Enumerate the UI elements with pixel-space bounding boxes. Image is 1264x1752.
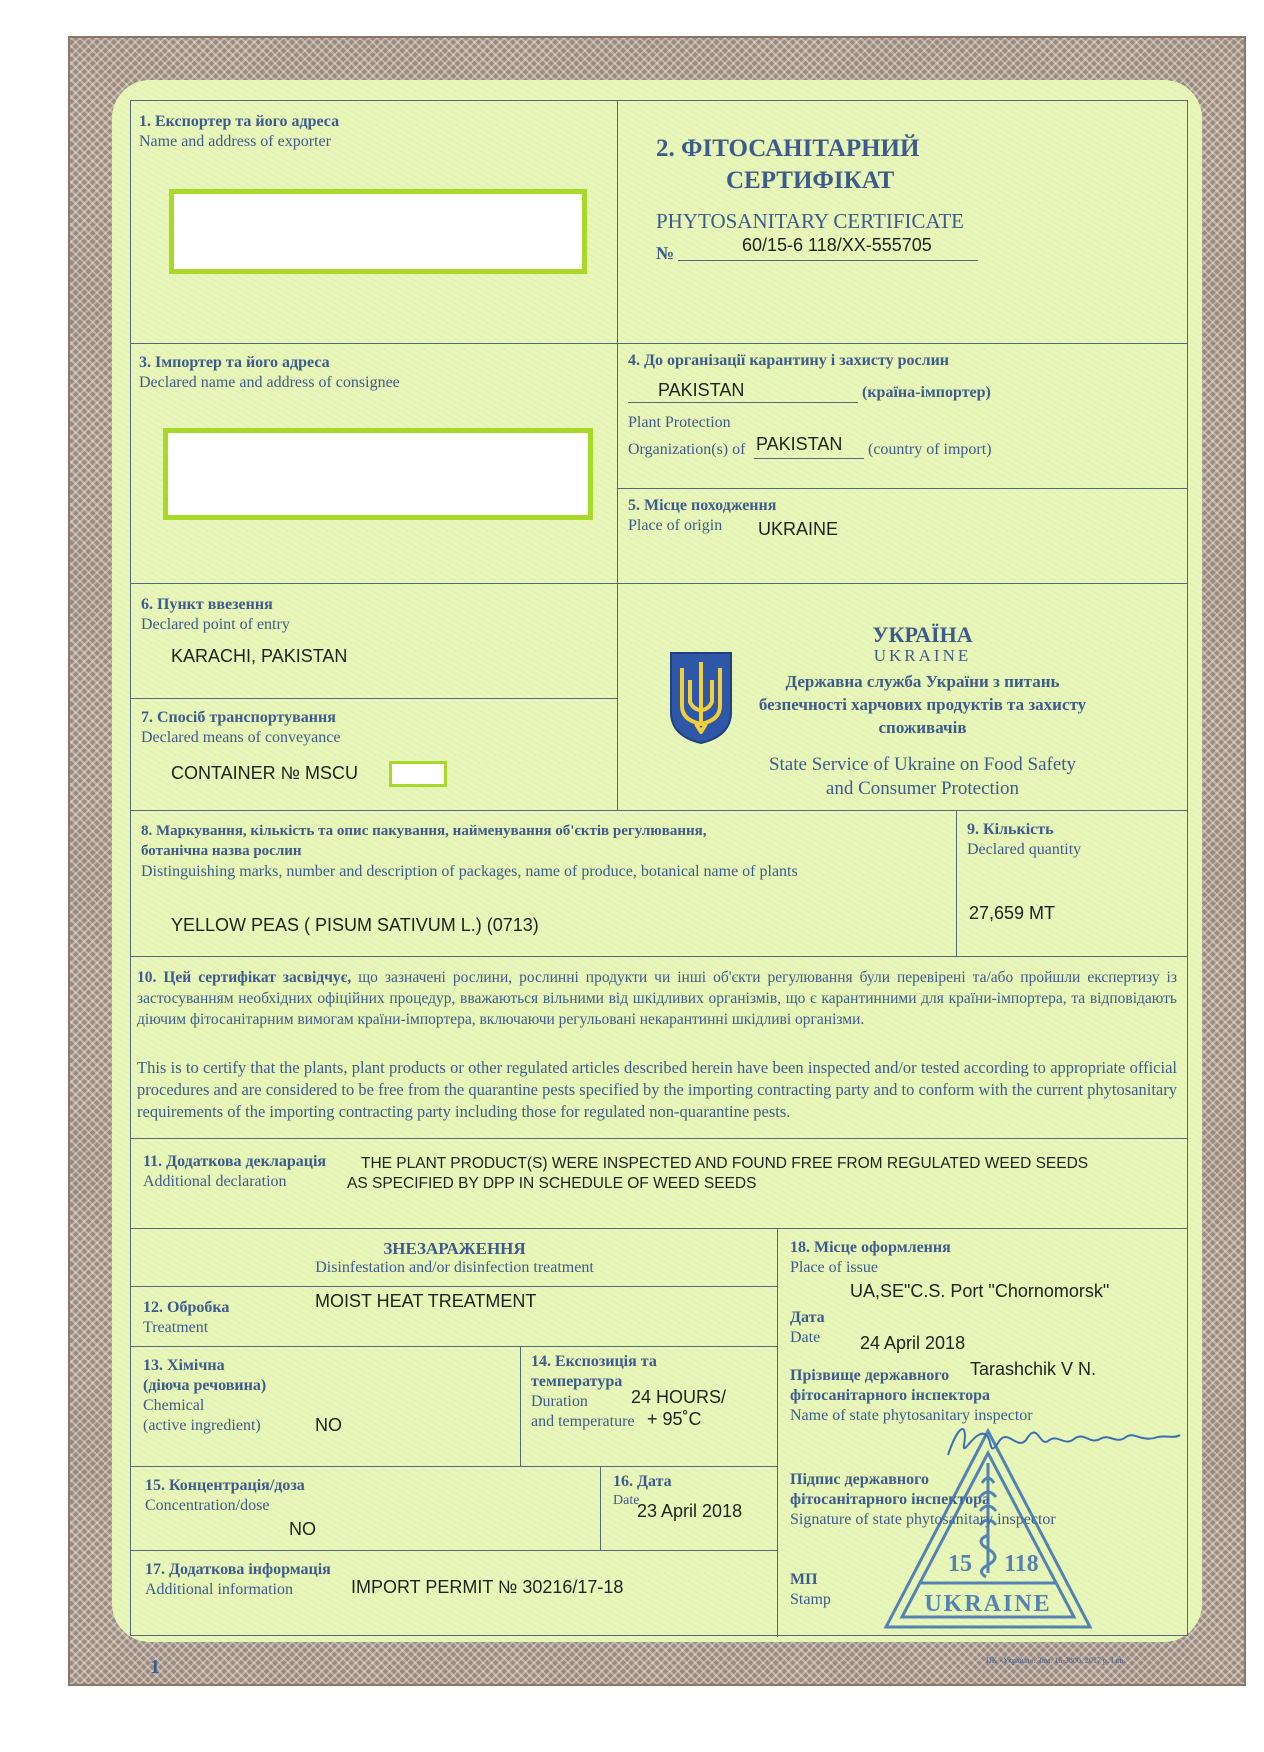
field-17-label-ua: 17. Додаткова інформація xyxy=(145,1561,331,1579)
field-7-means-of-conveyance: 7. Спосіб транспортування Declared means… xyxy=(131,699,618,811)
field-18-label-ua: 18. Місце оформлення xyxy=(790,1239,951,1257)
exporter-redacted-box xyxy=(169,189,587,274)
field-5-place-of-origin: 5. Місце походження Place of origin UKRA… xyxy=(618,489,1187,584)
authority-service-en-line2: and Consumer Protection xyxy=(618,778,1187,800)
field-3-label-en: Declared name and address of consignee xyxy=(139,374,400,392)
field-8-description-of-packages: 8. Маркування, кількість та опис пакуван… xyxy=(131,811,957,957)
field-9-declared-quantity: 9. Кількість Declared quantity 27,659 MT xyxy=(957,811,1187,957)
authority-country-en: UKRAINE xyxy=(618,646,1187,666)
field-13-chemical: 13. Хімічна (діюча речовина) Chemical (a… xyxy=(131,1347,521,1467)
treatment-value: MOIST HEAT TREATMENT xyxy=(315,1291,536,1312)
issue-date-value: 24 April 2018 xyxy=(860,1333,965,1354)
importer-country-suffix: (країна-імпортер) xyxy=(862,384,991,402)
authority-service-en-line1: State Service of Ukraine on Food Safety xyxy=(618,754,1187,776)
certification-statement-ua-bold: 10. Цей сертифікат засвідчує, xyxy=(137,969,351,986)
inspector-signature-icon xyxy=(928,1415,1188,1475)
field-12-label-en: Treatment xyxy=(143,1319,208,1337)
stamp-left-number: 15 xyxy=(948,1551,972,1577)
stamp-country: UKRAINE xyxy=(924,1591,1051,1617)
chemical-value: NO xyxy=(315,1415,342,1436)
field-12-treatment: 12. Обробка Treatment MOIST HEAT TREATME… xyxy=(131,1287,778,1347)
place-of-origin-value: UKRAINE xyxy=(758,519,838,540)
field-6-label-ua: 6. Пункт ввезення xyxy=(141,596,273,614)
field-16-treatment-date: 16. Дата Date 23 April 2018 xyxy=(601,1467,778,1551)
field-12-label-ua: 12. Обробка xyxy=(143,1299,229,1317)
importer-redacted-box xyxy=(163,428,593,520)
additional-information-value: IMPORT PERMIT № 30216/17-18 xyxy=(351,1577,623,1598)
field-16-label-en: Date xyxy=(613,1493,639,1509)
field-14-duration-temperature: 14. Експозиція та температура Duration a… xyxy=(521,1347,778,1467)
field-10-certification-statement: 10. Цей сертифікат засвідчує, що зазначе… xyxy=(131,957,1187,1139)
treatment-header-ua: ЗНЕЗАРАЖЕННЯ xyxy=(131,1239,778,1259)
field-14-label-en-line2: and temperature xyxy=(531,1413,635,1431)
field-1-label-en: Name and address of exporter xyxy=(139,133,331,151)
authority-service-ua-line3: споживачів xyxy=(618,718,1187,738)
issue-date-label-en: Date xyxy=(790,1329,820,1347)
stamp-label-ua: МП xyxy=(790,1571,818,1589)
page-number: 1 xyxy=(150,1656,160,1679)
organization-prefix: Organization(s) of xyxy=(628,441,745,459)
additional-declaration-line2: AS SPECIFIED BY DPP IN SCHEDULE OF WEED … xyxy=(347,1175,756,1193)
authority-service-ua-line1: Державна служба України з питань xyxy=(618,672,1187,692)
stamp-label-en: Stamp xyxy=(790,1591,831,1609)
certification-statement-en: This is to certify that the plants, plan… xyxy=(137,1057,1177,1123)
organization-value: PAKISTAN xyxy=(756,434,842,455)
field-14-label-en-line1: Duration xyxy=(531,1393,588,1411)
organization-suffix: (country of import) xyxy=(868,441,992,459)
field-15-concentration: 15. Концентрація/доза Concentration/dose… xyxy=(131,1467,601,1551)
field-17-label-en: Additional information xyxy=(145,1581,293,1599)
field-8-label-ua-line1: 8. Маркування, кількість та опис пакуван… xyxy=(141,823,706,840)
field-11-additional-declaration: 11. Додаткова декларація Additional decl… xyxy=(131,1139,1187,1229)
container-number-redacted-box xyxy=(389,761,447,787)
field-13-label-en-line2: (active ingredient) xyxy=(143,1417,261,1435)
field-7-label-en: Declared means of conveyance xyxy=(141,729,340,747)
field-7-label-ua: 7. Спосіб транспортування xyxy=(141,709,336,727)
field-17-additional-information: 17. Додаткова інформація Additional info… xyxy=(131,1551,778,1637)
field-6-label-en: Declared point of entry xyxy=(141,616,290,634)
field-2-certificate-title: 2. ФІТОСАНІТАРНИЙ СЕРТИФІКАТ PHYTOSANITA… xyxy=(618,101,1187,344)
field-1-label-ua: 1. Експортер та його адреса xyxy=(139,113,339,131)
plant-protection-label: Plant Protection xyxy=(628,414,731,432)
field-3-label-ua: 3. Імпортер та його адреса xyxy=(139,354,330,372)
importer-country-value: PAKISTAN xyxy=(658,380,744,401)
field-13-label-en-line1: Chemical xyxy=(143,1397,204,1415)
field-14-label-ua-line1: 14. Експозиція та xyxy=(531,1353,657,1371)
point-of-entry-value: KARACHI, PAKISTAN xyxy=(171,646,347,667)
certification-statement-ua: 10. Цей сертифікат засвідчує, що зазначе… xyxy=(137,967,1177,1030)
certificate-form: 1. Експортер та його адреса Name and add… xyxy=(130,100,1188,1636)
field-11-label-en: Additional declaration xyxy=(143,1173,287,1191)
concentration-value: NO xyxy=(289,1519,316,1540)
field-13-label-ua-line2: (діюча речовина) xyxy=(143,1377,266,1395)
field-14-label-ua-line2: температура xyxy=(531,1373,622,1391)
duration-value: 24 HOURS/ xyxy=(631,1387,726,1408)
place-of-issue-value: UA,SE"C.S. Port "Chornomorsk" xyxy=(850,1281,1109,1302)
field-18-label-en: Place of issue xyxy=(790,1259,878,1277)
organization-underline xyxy=(754,458,864,459)
field-8-label-en: Distinguishing marks, number and descrip… xyxy=(141,863,798,881)
field-15-label-en: Concentration/dose xyxy=(145,1497,269,1515)
field-11-label-ua: 11. Додаткова декларація xyxy=(143,1153,326,1171)
treatment-header: ЗНЕЗАРАЖЕННЯ Disinfestation and/or disin… xyxy=(131,1229,778,1287)
field-6-point-of-entry: 6. Пункт ввезення Declared point of entr… xyxy=(131,584,618,699)
field-4-plant-protection-org: 4. До організації карантину і захисту ро… xyxy=(618,344,1187,489)
certificate-title-ua-line2: СЕРТИФІКАТ xyxy=(726,167,894,195)
treatment-header-en: Disinfestation and/or disinfection treat… xyxy=(131,1259,778,1277)
certificate-title-en: PHYTOSANITARY CERTIFICATE xyxy=(656,209,964,234)
inspector-label-ua-line2: фітосанітарного інспектора xyxy=(790,1387,990,1405)
field-5-label-en: Place of origin xyxy=(628,517,722,535)
field-16-label-ua: 16. Дата xyxy=(613,1473,672,1491)
field-9-label-en: Declared quantity xyxy=(967,841,1081,859)
treatment-date-value: 23 April 2018 xyxy=(637,1501,742,1522)
printer-note: ПК «Україна». Зам. 16-3800. 2017 р. І кв… xyxy=(986,1656,1125,1665)
additional-declaration-line1: THE PLANT PRODUCT(S) WERE INSPECTED AND … xyxy=(361,1155,1088,1173)
field-4-label-ua: 4. До організації карантину і захисту ро… xyxy=(628,352,949,370)
field-5-label-ua: 5. Місце походження xyxy=(628,497,776,515)
stamp-right-number: 118 xyxy=(1004,1551,1039,1577)
certificate-title-ua-line1: 2. ФІТОСАНІТАРНИЙ xyxy=(656,135,919,163)
field-15-label-ua: 15. Концентрація/доза xyxy=(145,1477,305,1495)
field-18-place-of-issue: 18. Місце оформлення Place of issue UA,S… xyxy=(778,1229,1187,1637)
importer-country-underline xyxy=(628,402,858,403)
conveyance-value: CONTAINER № MSCU xyxy=(171,763,358,784)
temperature-value: + 95˚C xyxy=(647,1409,702,1430)
number-prefix: № xyxy=(656,243,674,264)
field-13-label-ua-line1: 13. Хімічна xyxy=(143,1357,225,1375)
inspector-name-value: Tarashchik V N. xyxy=(970,1359,1096,1380)
authority-service-ua-line2: безпечності харчових продуктів та захист… xyxy=(618,695,1187,715)
produce-description-value: YELLOW PEAS ( PISUM SATIVUM L.) (0713) xyxy=(171,915,539,936)
authority-country-ua: УКРАЇНА xyxy=(618,622,1187,648)
inspector-label-ua-line1: Прізвище державного xyxy=(790,1367,949,1385)
declared-quantity-value: 27,659 MT xyxy=(969,903,1055,924)
number-underline xyxy=(678,260,978,261)
issuing-authority-block: УКРАЇНА UKRAINE Державна служба України … xyxy=(618,584,1187,811)
field-9-label-ua: 9. Кількість xyxy=(967,821,1054,839)
certificate-number: 60/15-6 118/XX-555705 xyxy=(742,235,932,256)
field-8-label-ua-line2: ботанічна назва рослин xyxy=(141,843,302,860)
issue-date-label-ua: Дата xyxy=(790,1309,825,1327)
